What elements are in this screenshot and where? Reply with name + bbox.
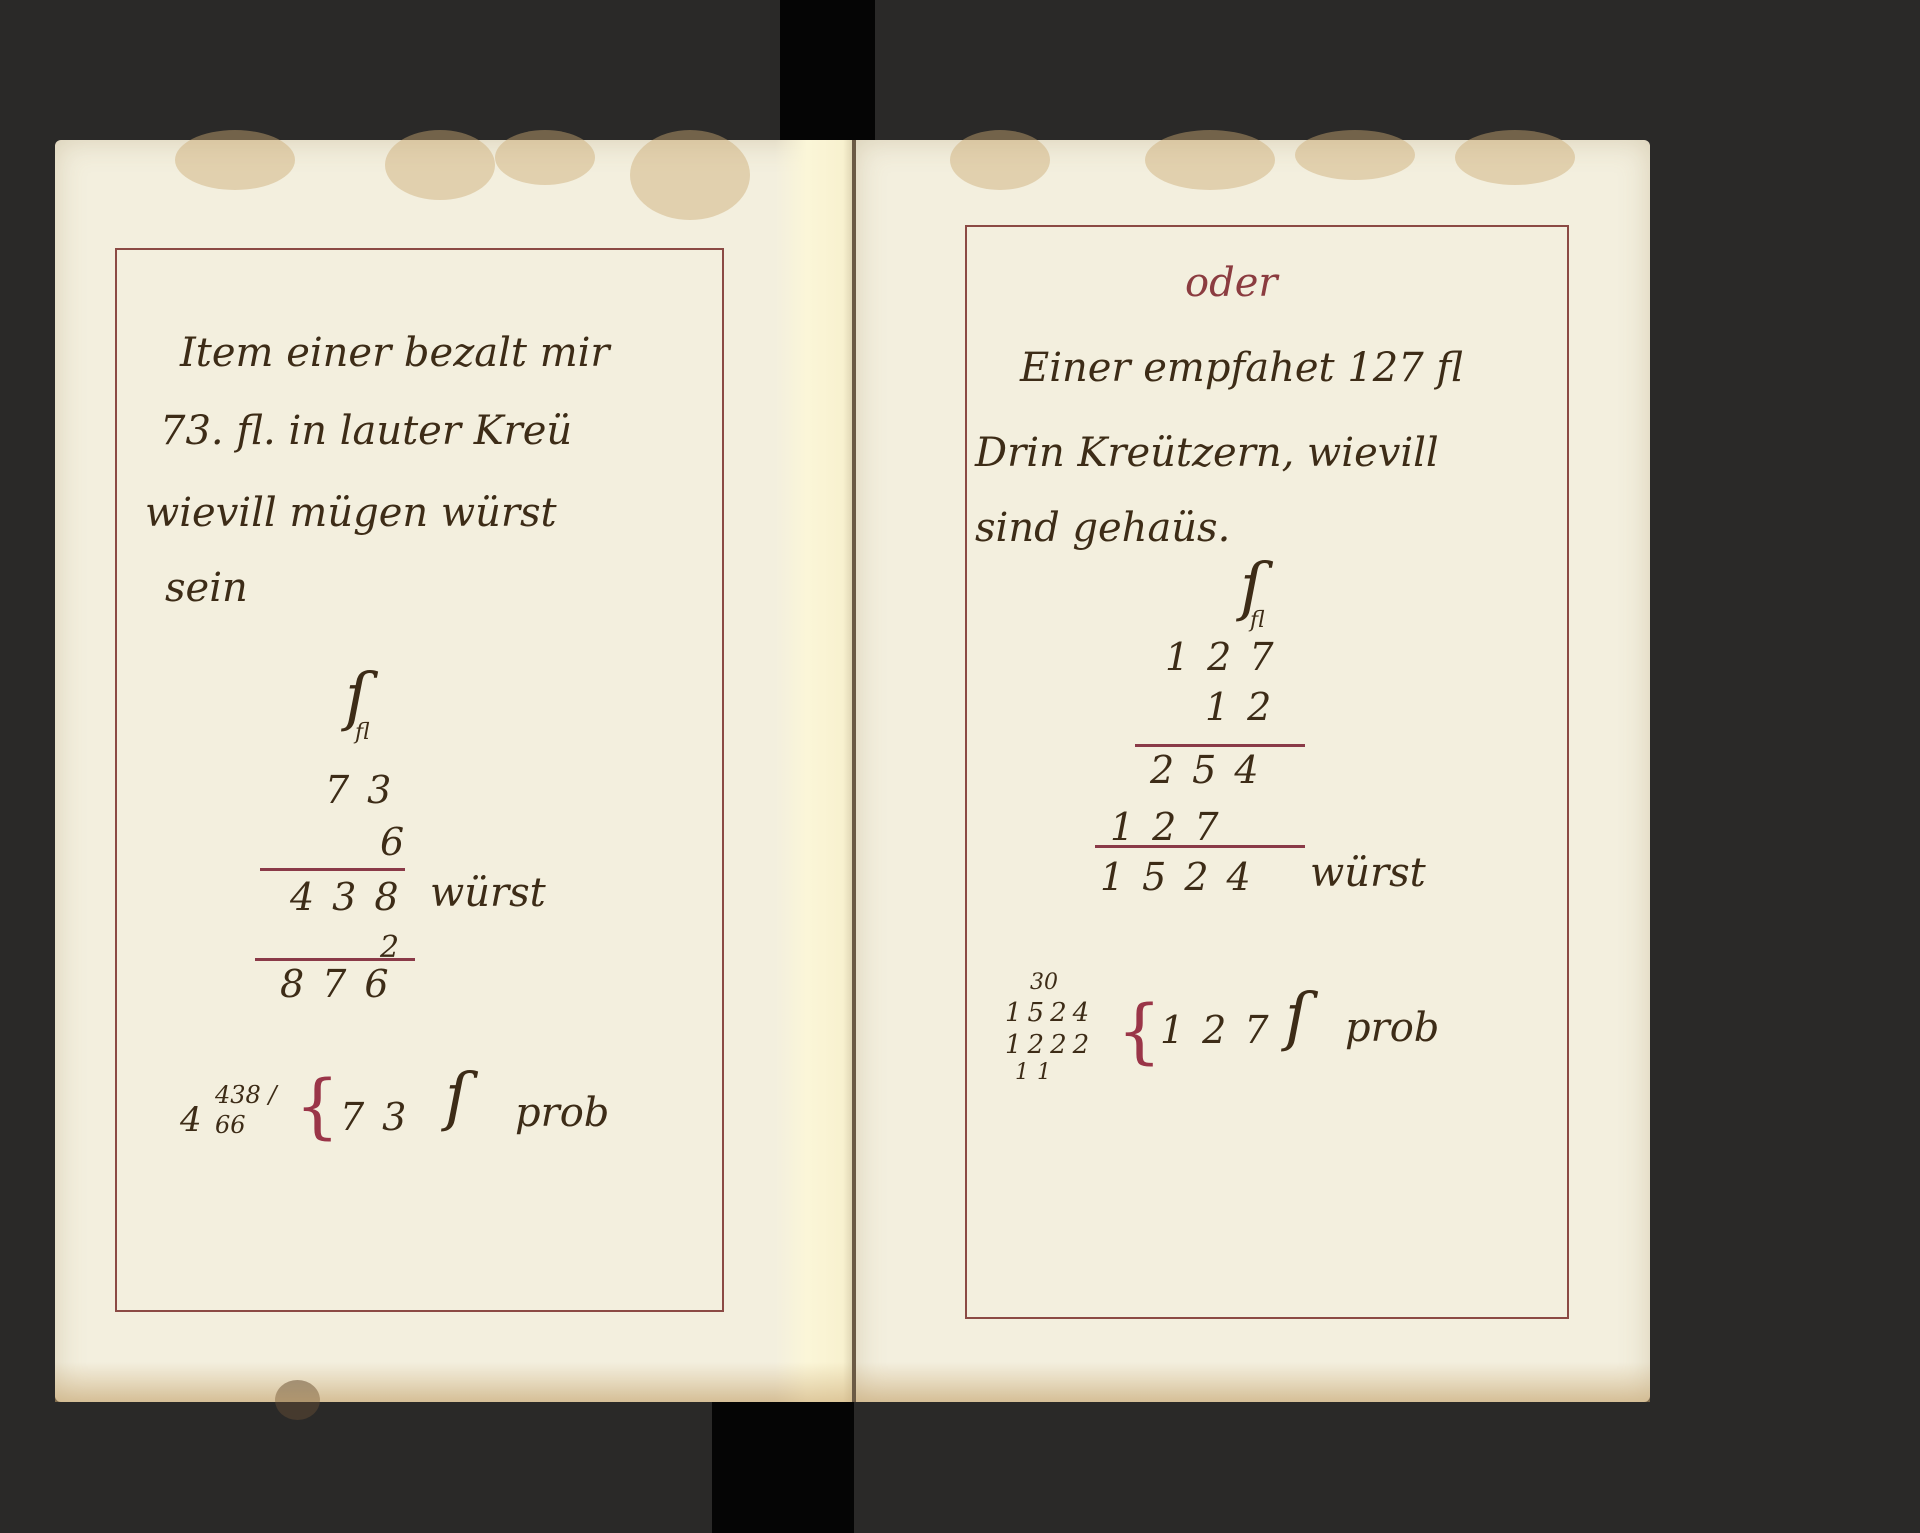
proof-label: prob [1345,1005,1439,1051]
florin-symbol: ſ [1285,980,1309,1054]
water-stain [495,130,595,185]
proof-result: 127 [1160,1008,1287,1052]
calc-row: 1524 [1100,855,1269,899]
water-stain [950,130,1050,190]
text-line: sind gehaüs. [975,505,1230,551]
calc-row: 12 [1205,685,1289,729]
proof-brace: { [1117,990,1162,1072]
binding-clip-bottom [712,1400,854,1533]
calc-row: 6 [380,820,422,864]
water-stain [1145,130,1275,190]
proof-stack-row: 11 [1015,1060,1059,1085]
water-stain [1455,130,1575,185]
book-spine [852,140,856,1402]
calc-label: würst [1310,850,1426,896]
calc-row: 127 [1110,805,1237,849]
sum-rule [255,958,415,961]
text-line: wievill mügen würst [145,490,557,536]
florin-symbol: ſ [445,1060,469,1134]
text-line: sein [165,565,248,611]
unit-label: fl [355,720,370,745]
calc-label: würst [430,870,546,916]
sum-rule [1135,744,1305,747]
proof-result: 73 [340,1095,424,1139]
water-stain [1295,130,1415,180]
edge-stain [855,1362,1650,1402]
calc-row: 254 [1150,748,1277,792]
proof-label: prob [515,1090,609,1136]
left-page: Item einer bezalt mir 73. fl. in lauter … [55,140,855,1402]
proof-stack-row: 1524 [1005,998,1095,1028]
sum-rule [260,868,405,871]
proof-digit: 4 [180,1100,202,1140]
water-stain [175,130,295,190]
proof-stack-row: 1222 [1005,1030,1095,1060]
proof-stack: 438 / 66 [215,1080,285,1140]
water-stain [385,130,495,200]
right-page: oder Einer empfahet 127 fl Drin Kreützer… [855,140,1650,1402]
water-stain [630,130,750,220]
calc-row: 438 [290,875,417,919]
calc-row: 876 [280,962,407,1006]
proof-brace: { [295,1065,340,1147]
proof-stack-row: 30 [1030,970,1058,995]
unit-label: fl [1250,608,1265,633]
heading: oder [1185,260,1277,306]
text-line: Einer empfahet 127 fl [1020,345,1463,391]
binding-clip-top [780,0,875,142]
calc-row: 73 [325,768,409,812]
edge-stain [55,1362,855,1402]
page-gutter [775,140,855,1402]
sum-rule [1095,845,1305,848]
text-line: Item einer bezalt mir [180,330,610,376]
text-line: Drin Kreützern, wievill [975,430,1439,476]
text-line: 73. fl. in lauter Kreü [160,408,572,454]
calc-row: 127 [1165,635,1292,679]
